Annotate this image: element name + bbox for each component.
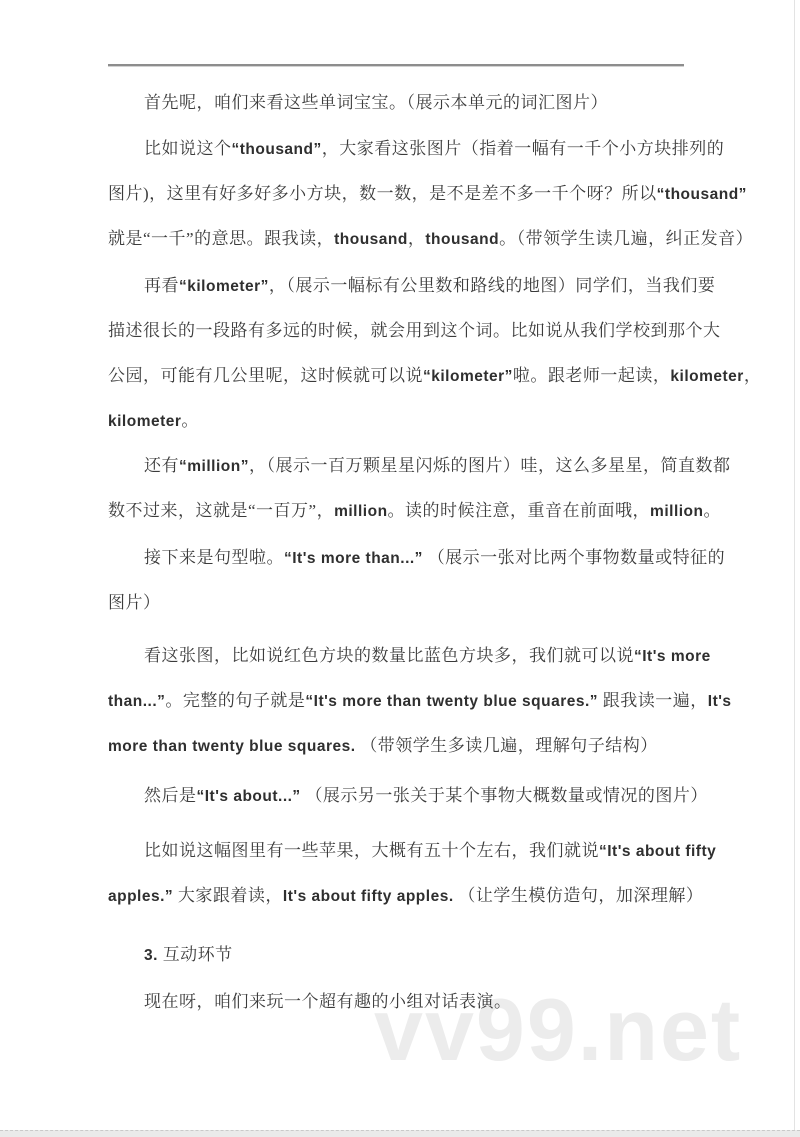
text-line: 比如说这个“thousand”，大家看这张图片（指着一幅有一千个小方块排列的 [108, 126, 684, 171]
text-run: 跟我读一遍， [598, 691, 708, 710]
paragraph: 然后是“It's about...” （展示另一张关于某个事物大概数量或情况的图… [108, 773, 684, 818]
english-term: kilometer [670, 368, 743, 385]
header-rule [108, 64, 684, 67]
text-line: 就是“一千”的意思。跟我读，thousand，thousand。（带领学生读几遍… [108, 216, 684, 261]
english-term: kilometer [108, 413, 181, 430]
english-term: “million” [179, 458, 249, 475]
page-right-edge [794, 0, 795, 1137]
text-line: 还有“million”，（展示一百万颗星星闪烁的图片）哇，这么多星星，简直数都 [108, 443, 684, 488]
text-line: 描述很长的一段路有多远的时候，就会用到这个词。比如说从我们学校到那个大 [108, 308, 684, 353]
english-term: It's [708, 693, 732, 710]
english-term: more than twenty blue squares. [108, 738, 356, 755]
text-line: 再看“kilometer”，（展示一幅标有公里数和路线的地图）同学们，当我们要 [108, 263, 684, 308]
text-run: 比如说这幅图里有一些苹果，大概有五十个左右，我们就说 [144, 841, 599, 860]
text-line: 数不过来，这就是“一百万”，million。读的时候注意，重音在前面哦，mill… [108, 488, 684, 533]
english-term: million [650, 503, 703, 520]
text-run: 图片)，这里有好多好多小方块，数一数，是不是差不多一千个呀？所以 [108, 184, 657, 203]
text-run: 比如说这个 [144, 139, 232, 158]
text-run: 然后是 [144, 786, 197, 805]
paragraph: 首先呢，咱们来看这些单词宝宝。（展示本单元的词汇图片） [108, 80, 684, 125]
text-run: 公园，可能有几公里呢，这时候就可以说 [108, 366, 423, 385]
paragraph: 比如说这幅图里有一些苹果，大概有五十个左右，我们就说“It's about fi… [108, 828, 684, 918]
text-run: ，（展示一幅标有公里数和路线的地图）同学们，当我们要 [269, 276, 716, 295]
english-term: than...” [108, 693, 165, 710]
text-run: ， [408, 229, 426, 248]
english-term: 3. [144, 947, 158, 964]
paragraph: 看这张图，比如说红色方块的数量比蓝色方块多，我们就可以说“It's moreth… [108, 633, 684, 768]
english-term: “It's more [634, 648, 711, 665]
text-line: 然后是“It's about...” （展示另一张关于某个事物大概数量或情况的图… [108, 773, 684, 818]
paragraph: 还有“million”，（展示一百万颗星星闪烁的图片）哇，这么多星星，简直数都数… [108, 443, 684, 533]
text-run: 还有 [144, 456, 179, 475]
text-run: 大家跟着读， [173, 886, 283, 905]
text-line: 比如说这幅图里有一些苹果，大概有五十个左右，我们就说“It's about fi… [108, 828, 684, 873]
text-run: ，（展示一百万颗星星闪烁的图片）哇，这么多星星，简直数都 [249, 456, 731, 475]
text-run: （展示一张对比两个事物数量或特征的 [423, 548, 725, 567]
text-line: 现在呀，咱们来玩一个超有趣的小组对话表演。 [108, 979, 684, 1024]
paragraph: 3. 互动环节 [108, 932, 684, 977]
english-term: thousand [425, 231, 499, 248]
text-run: 看这张图，比如说红色方块的数量比蓝色方块多，我们就可以说 [144, 646, 634, 665]
text-run: 。 [704, 501, 722, 520]
english-term: apples.” [108, 888, 173, 905]
text-run: 。读的时候注意，重音在前面哦， [388, 501, 651, 520]
text-run: （让学生模仿造句，加深理解） [454, 886, 704, 905]
english-term: “It's about...” [197, 788, 301, 805]
text-line: 接下来是句型啦。“It's more than...” （展示一张对比两个事物数… [108, 535, 684, 580]
text-line: 公园，可能有几公里呢，这时候就可以说“kilometer”啦。跟老师一起读，ki… [108, 353, 684, 398]
text-run: 。 [181, 411, 199, 430]
text-run: 。（带领学生读几遍，纠正发音） [499, 229, 753, 248]
text-run: ， [744, 366, 762, 385]
text-run: （带领学生多读几遍，理解句子结构） [356, 736, 658, 755]
english-term: thousand [334, 231, 408, 248]
text-run: 现在呀，咱们来玩一个超有趣的小组对话表演。 [144, 992, 512, 1011]
text-line: more than twenty blue squares. （带领学生多读几遍… [108, 723, 684, 768]
text-run: 图片） [108, 593, 161, 612]
text-line: apples.” 大家跟着读，It's about fifty apples. … [108, 873, 684, 918]
document-page: 首先呢，咱们来看这些单词宝宝。（展示本单元的词汇图片）比如说这个“thousan… [0, 0, 800, 1137]
paragraph: 比如说这个“thousand”，大家看这张图片（指着一幅有一千个小方块排列的图片… [108, 126, 684, 261]
english-term: “thousand” [657, 186, 747, 203]
text-run: 就是“一千”的意思。跟我读， [108, 229, 334, 248]
text-run: 描述很长的一段路有多远的时候，就会用到这个词。比如说从我们学校到那个大 [108, 321, 721, 340]
text-line: kilometer。 [108, 398, 684, 443]
text-line: than...”。完整的句子就是“It's more than twenty b… [108, 678, 684, 723]
page-bottom-edge [0, 1130, 800, 1137]
english-term: “thousand” [232, 141, 322, 158]
text-run: 互动环节 [158, 945, 233, 964]
paragraph: 再看“kilometer”，（展示一幅标有公里数和路线的地图）同学们，当我们要描… [108, 263, 684, 443]
text-line: 图片） [108, 580, 684, 625]
text-line: 看这张图，比如说红色方块的数量比蓝色方块多，我们就可以说“It's more [108, 633, 684, 678]
english-term: It's about fifty apples. [283, 888, 454, 905]
text-run: 。完整的句子就是 [165, 691, 305, 710]
english-term: “kilometer” [179, 278, 269, 295]
english-term: million [334, 503, 387, 520]
text-run: 首先呢，咱们来看这些单词宝宝。（展示本单元的词汇图片） [144, 93, 608, 112]
text-run: 啦。跟老师一起读， [513, 366, 671, 385]
text-run: 数不过来，这就是“一百万”， [108, 501, 334, 520]
text-run: （展示另一张关于某个事物大概数量或情况的图片） [301, 786, 708, 805]
paragraph: 现在呀，咱们来玩一个超有趣的小组对话表演。 [108, 979, 684, 1024]
text-run: 再看 [144, 276, 179, 295]
text-run: ，大家看这张图片（指着一幅有一千个小方块排列的 [322, 139, 725, 158]
english-term: “It's more than twenty blue squares.” [305, 693, 598, 710]
text-line: 图片)，这里有好多好多小方块，数一数，是不是差不多一千个呀？所以“thousan… [108, 171, 684, 216]
text-run: 接下来是句型啦。 [144, 548, 284, 567]
text-line: 首先呢，咱们来看这些单词宝宝。（展示本单元的词汇图片） [108, 80, 684, 125]
paragraph: 接下来是句型啦。“It's more than...” （展示一张对比两个事物数… [108, 535, 684, 625]
text-line: 3. 互动环节 [108, 932, 684, 977]
english-term: “It's more than...” [284, 550, 423, 567]
english-term: “It's about fifty [599, 843, 716, 860]
english-term: “kilometer” [423, 368, 513, 385]
